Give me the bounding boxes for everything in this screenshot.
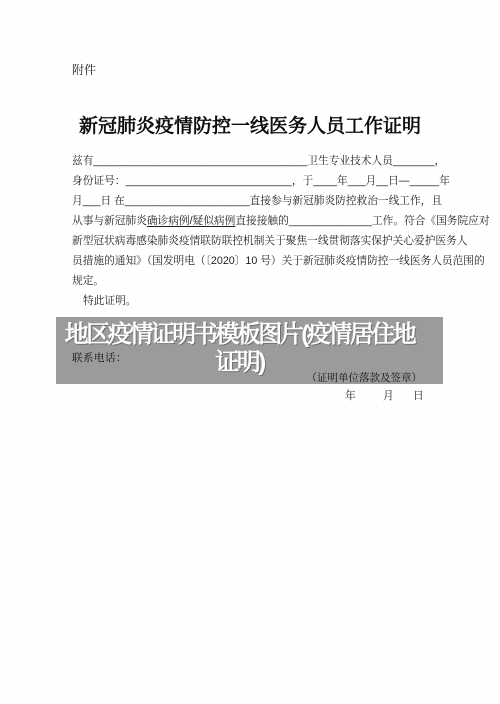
body-line: 月___日 在_____________________直接参与新冠肺炎防控救治… [72,191,456,211]
body-line: 新型冠状病毒感染肺炎疫情联防联控机制关于聚焦一线贯彻落实保护关心爱护医务人 [72,231,456,251]
watermark-title-line2: 证明) [215,349,264,376]
body-line: 从事与新冠肺炎确诊病例/疑似病例直接接触的______________工作。符合… [72,211,456,231]
certificate-title: 新冠肺炎疫情防控一线医务人员工作证明 [0,111,500,138]
date-day-label: 日 [413,388,424,403]
date-month-label: 月 [383,388,394,403]
underlined-phrase: 确诊病例/疑似病例 [147,215,235,227]
body-line: 员措施的通知》（国发明电（〔2020〕10 号）关于新冠肺炎疫情防控一线医务人员… [72,251,456,271]
watermark-title-line1: 地区疫情证明书模板图片(疫情居住地 [65,321,415,348]
watermark-banner: 联系电话： （证明单位落款及签章） 地区疫情证明书模板图片(疫情居住地证明) [56,317,443,384]
date-year-label: 年 [345,388,356,403]
certificate-page: 附件 新冠肺炎疫情防控一线医务人员工作证明 兹有________________… [0,0,500,704]
body-line-segment: 从事与新冠肺炎 [72,215,147,227]
body-line: 规定。 [72,271,456,291]
body-line-hereby-certify: 特此证明。 [72,291,456,311]
body-line-segment: 直接接触的______________工作。符合《国务院应对 [235,215,489,227]
body-line: 兹有____________________________________卫生… [72,151,456,171]
certificate-body: 兹有____________________________________卫生… [72,151,456,311]
attachment-label: 附件 [72,61,96,78]
body-line: 身份证号：____________________________，于____年… [72,171,456,191]
watermark-title: 地区疫情证明书模板图片(疫情居住地证明) [62,321,417,377]
